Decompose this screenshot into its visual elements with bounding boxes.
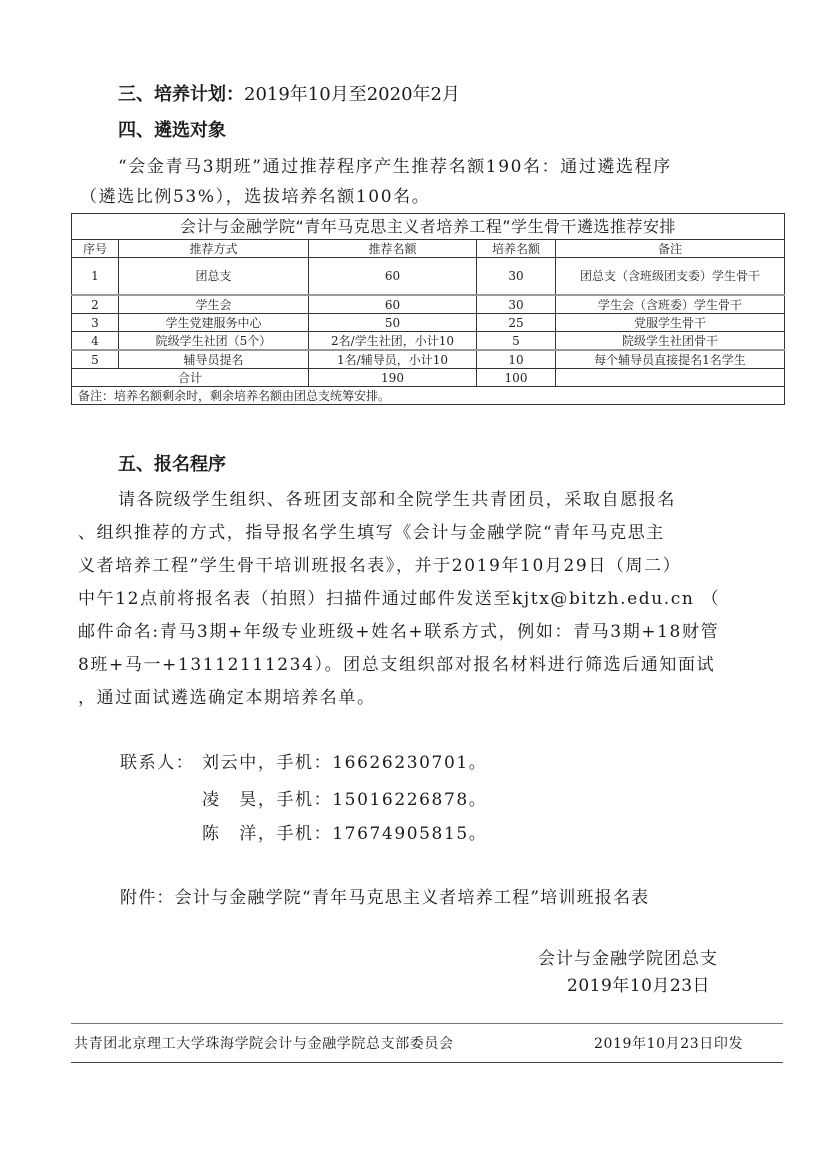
- cell-note: 每个辅导员直接提名1名学生: [556, 350, 785, 369]
- footer-bottom-rule: [71, 1062, 783, 1063]
- table-total-row: 合计 190 100: [72, 369, 785, 387]
- contact-phone: 17674905815。: [332, 824, 487, 844]
- total-label: 合计: [72, 369, 309, 387]
- cell-train: 30: [477, 258, 556, 296]
- cell-train: 25: [477, 314, 556, 332]
- col-header-note: 备注: [556, 240, 785, 258]
- cell-note: 学生会（含班委）学生骨干: [556, 295, 785, 314]
- cell-train: 5: [477, 332, 556, 351]
- footer-issuer: 共青团北京理工大学珠海学院会计与金融学院总支部委员会: [74, 1033, 454, 1053]
- cell-method: 学生会: [119, 295, 309, 314]
- table-remark: 备注：培养名额剩余时，剩余培养名额由团总支统筹安排。: [72, 387, 785, 405]
- contact-phone-label: 手机：: [276, 824, 332, 844]
- cell-no: 5: [72, 350, 119, 369]
- col-header-no: 序号: [72, 240, 119, 258]
- cell-note: 团总支（含班级团支委）学生骨干: [556, 258, 785, 296]
- cell-method: 学生党建服务中心: [119, 314, 309, 332]
- cell-no: 4: [72, 332, 119, 351]
- table-row: 4 院级学生社团（5个） 2名/学生社团，小计10 5 院级学生社团骨干: [72, 332, 785, 351]
- registration-para-line-2: 、组织推荐的方式，指导报名学生填写《会计与金融学院“青年马克思主: [78, 518, 665, 543]
- signature-date: 2019年10月23日: [567, 971, 710, 996]
- contact-name: 凌 昊: [202, 790, 258, 810]
- attachment-line: 附件：会计与金融学院“青年马克思主义者培养工程”培训班报名表: [120, 883, 649, 908]
- col-header-recommend: 推荐名额: [309, 240, 477, 258]
- contact-phone-label: 手机：: [276, 753, 332, 773]
- section-plan-label: 三、培养计划：: [118, 84, 244, 105]
- contact-name: 陈 洋: [202, 824, 258, 844]
- cell-note: 党服学生骨干: [556, 314, 785, 332]
- cell-note: 院级学生社团骨干: [556, 332, 785, 351]
- table-row: 5 辅导员提名 1名/辅导员，小计10 10 每个辅导员直接提名1名学生: [72, 350, 785, 369]
- cell-recommend: 1名/辅导员，小计10: [309, 350, 477, 369]
- section-selection-heading: 四、遴选对象: [118, 116, 226, 142]
- registration-para-line-7: ，通过面试遴选确定本期培养名单。: [78, 683, 376, 708]
- total-note: [556, 369, 785, 387]
- cell-method: 辅导员提名: [119, 350, 309, 369]
- registration-para-line-6: 8班+马一+13112111234）。团总支组织部对报名材料进行筛选后通知面试: [78, 650, 715, 675]
- selection-para-line-2: （遴选比例53%），选拔培养名额100名。: [80, 182, 430, 207]
- cell-train: 10: [477, 350, 556, 369]
- cell-recommend: 2名/学生社团，小计10: [309, 332, 477, 351]
- contact-item: 凌 昊，手机：15016226878。: [202, 785, 487, 810]
- registration-para-line-1: 请各院级学生组织、各班团支部和全院学生共青团员，采取自愿报名: [118, 485, 676, 510]
- contact-phone: 16626230701。: [332, 753, 487, 773]
- contact-phone: 15016226878。: [332, 790, 487, 810]
- registration-para-line-5: 邮件命名:青马3期+年级专业班级+姓名+联系方式，例如：青马3期+18财管: [78, 617, 719, 642]
- cell-recommend: 60: [309, 258, 477, 296]
- selection-para-line-1: “会金青马3期班”通过推荐程序产生推荐名额190名：通过遴选程序: [118, 152, 672, 177]
- total-recommend: 190: [309, 369, 477, 387]
- table-row: 3 学生党建服务中心 50 25 党服学生骨干: [72, 314, 785, 332]
- table-row: 2 学生会 60 30 学生会（含班委）学生骨干: [72, 295, 785, 314]
- section-registration-heading: 五、报名程序: [118, 450, 226, 476]
- total-train: 100: [477, 369, 556, 387]
- cell-method: 院级学生社团（5个）: [119, 332, 309, 351]
- cell-no: 3: [72, 314, 119, 332]
- cell-recommend: 50: [309, 314, 477, 332]
- cell-train: 30: [477, 295, 556, 314]
- cell-no: 2: [72, 295, 119, 314]
- col-header-method: 推荐方式: [119, 240, 309, 258]
- contact-item: 刘云中，手机：16626230701。: [202, 748, 487, 773]
- cell-method: 团总支: [119, 258, 309, 296]
- footer-issued-date: 2019年10月23日印发: [594, 1033, 743, 1053]
- contact-phone-label: 手机：: [276, 790, 332, 810]
- cell-recommend: 60: [309, 295, 477, 314]
- cell-no: 1: [72, 258, 119, 296]
- footer-top-rule: [71, 1023, 783, 1024]
- section-plan-value: 2019年10月至2020年2月: [244, 84, 460, 105]
- registration-para-line-3: 义者培养工程”学生骨干培训班报名表》，并于2019年10月29日（周二）: [78, 551, 681, 576]
- col-header-train: 培养名额: [477, 240, 556, 258]
- contact-name: 刘云中: [202, 753, 258, 773]
- contact-item: 陈 洋，手机：17674905815。: [202, 819, 487, 844]
- registration-para-line-4: 中午12点前将报名表（拍照）扫描件通过邮件发送至kjtx@bitzh.edu.c…: [78, 584, 720, 609]
- contacts-label: 联系人：: [120, 748, 194, 773]
- table-row: 1 团总支 60 30 团总支（含班级团支委）学生骨干: [72, 258, 785, 296]
- table-title: 会计与金融学院“青年马克思主义者培养工程”学生骨干遴选推荐安排: [72, 214, 785, 240]
- signature-org: 会计与金融学院团总支: [538, 944, 718, 969]
- section-plan-heading: 三、培养计划：2019年10月至2020年2月: [118, 80, 460, 106]
- selection-table: 会计与金融学院“青年马克思主义者培养工程”学生骨干遴选推荐安排 序号 推荐方式 …: [71, 213, 785, 405]
